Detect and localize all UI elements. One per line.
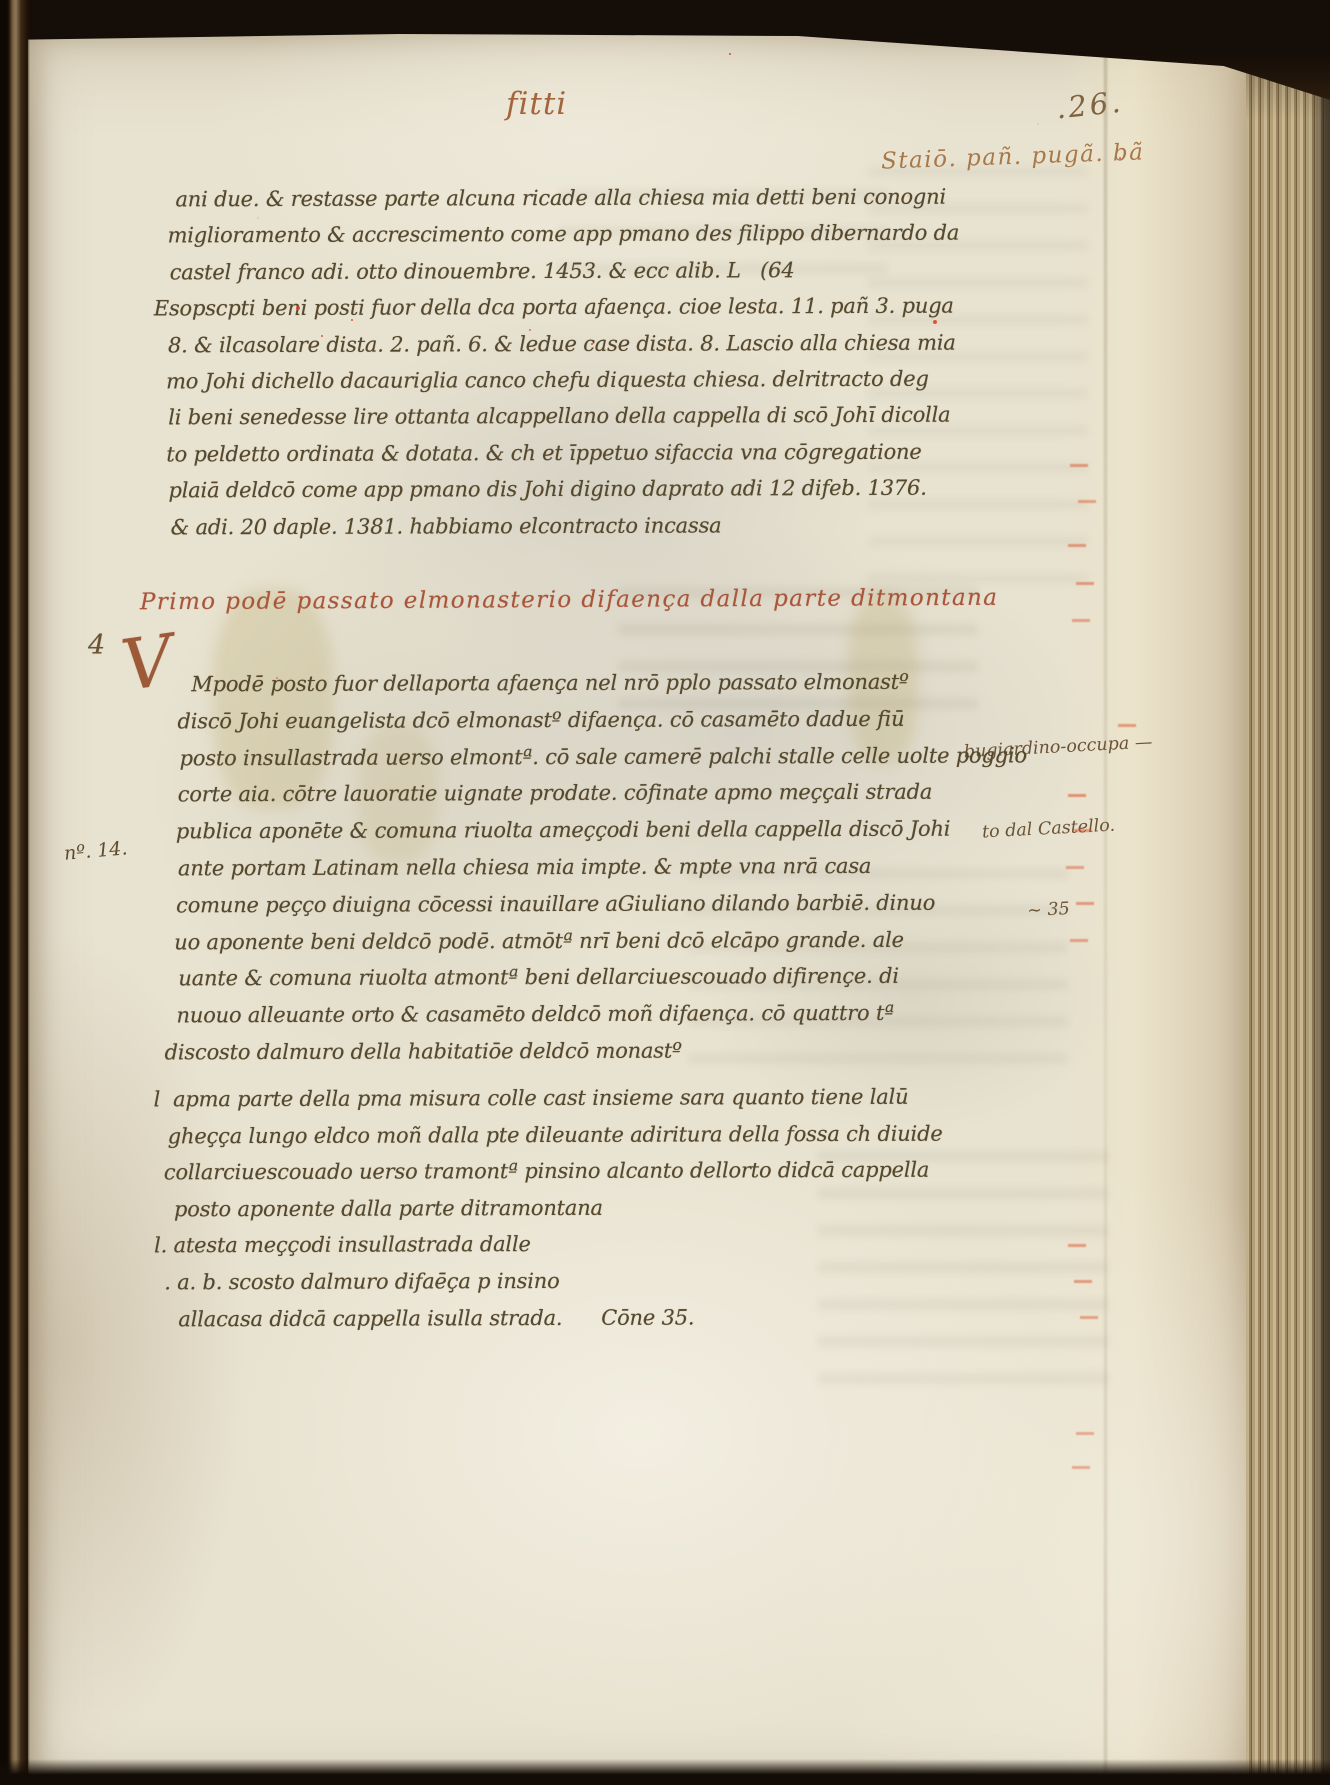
manuscript-line: castel franco adi. otto dinouembre. 1453… [148,251,968,290]
manuscript-line: ani due. & restasse parte alcuna ricade … [147,179,967,218]
manuscript-line: nuouo alleuante orto & casamēto deldcō m… [148,995,968,1035]
margin-annotation: bugiardino-occupa — to dal Castello. ~ 3… [960,675,1175,982]
manuscript-line: gheçça lungo eldco moñ dalla pte dileuan… [136,1115,956,1154]
manuscript-line: discosto dalmuro della habitatiōe deldcō… [149,1032,969,1072]
manuscript-line: to peldetto ordinata & dotata. & ch et ī… [148,433,968,472]
parchment-page: fitti .26. Staiō. pañ. pugã. bã ani due.… [28,34,1256,1785]
folio-number: .26. [1054,85,1125,126]
manuscript-line: l. atesta meççodi insullastrada dalle [136,1225,956,1264]
manuscript-line: . a. b. scosto dalmuro difaēça p insino [136,1262,956,1301]
binding-left-edge [0,0,30,1785]
background-bottom-edge [0,1759,1330,1785]
manuscript-line: l apma parte della pma misura colle cast… [136,1079,956,1118]
manuscript-line: li beni senedesse lire ottanta alcappell… [148,397,968,436]
manuscript-line: collarciuescouado uerso tramontª pinsino… [136,1152,956,1191]
manuscript-line: Esopscpti beni posti fuor della dca port… [148,288,968,327]
margin-number: 4 [88,630,105,661]
margin-annotation-line: ~ 35 [972,891,1173,928]
manuscript-line: & adi. 20 daple. 1381. habbiamo elcontra… [149,506,969,545]
manuscript-line: 8. & ilcasolare dista. 2. pañ. 6. & ledu… [148,324,968,363]
manuscript-line: allacasa didcā cappella isulla strada. C… [136,1298,956,1337]
manuscript-line: posto insullastrada uerso elmontª. cō sa… [148,737,968,777]
margin-item-number: nº. 14. [63,837,128,864]
margin-annotation-line: to dal Castello. [967,810,1168,847]
manuscript-line: uante & comuna riuolta atmontª beni dell… [148,958,968,998]
book-fore-edge [1246,0,1330,1785]
manuscript-line: publica aponēte & comuna riuolta ameççod… [148,811,968,851]
running-header: fitti [506,86,567,122]
manuscript-line: Mpodē posto fuor dellaporta afaença nel … [147,664,967,704]
manuscript-line: discō Johi euangelista dcō elmonastº dif… [147,700,967,740]
manuscript-line: corte aia. cōtre lauoratie uignate proda… [148,774,968,814]
measures-header-note: Staiō. pañ. pugã. bã [881,139,1145,174]
manuscript-line: comune peçço diuigna cōcessi inauillare … [148,884,968,924]
manuscript-line: uo aponente beni deldcō podē. atmōtª nrī… [148,921,968,961]
entry-paragraph-1: ani due. & restasse parte alcuna ricade … [147,179,968,546]
manuscript-line: ante portam Latinam nella chiesa mia imp… [148,848,968,888]
manuscript-line: plaiā deldcō come app pmano dis Johi dig… [148,470,968,509]
manuscript-line: mo Johi dichello dacauriglia canco chefu… [148,361,968,400]
rubric-heading: Primo podē passato elmonasterio difaença… [140,585,998,615]
manuscript-line: posto aponente dalla parte ditramontana [136,1188,956,1227]
manuscript-line: miglioramento & accrescimento come app p… [147,215,967,254]
entry-paragraph-3: l apma parte della pma misura colle cast… [136,1079,957,1338]
manuscript-photo: fitti .26. Staiō. pañ. pugã. bã ani due.… [0,0,1330,1785]
entry-paragraph-2: Mpodē posto fuor dellaporta afaença nel … [147,664,968,1072]
